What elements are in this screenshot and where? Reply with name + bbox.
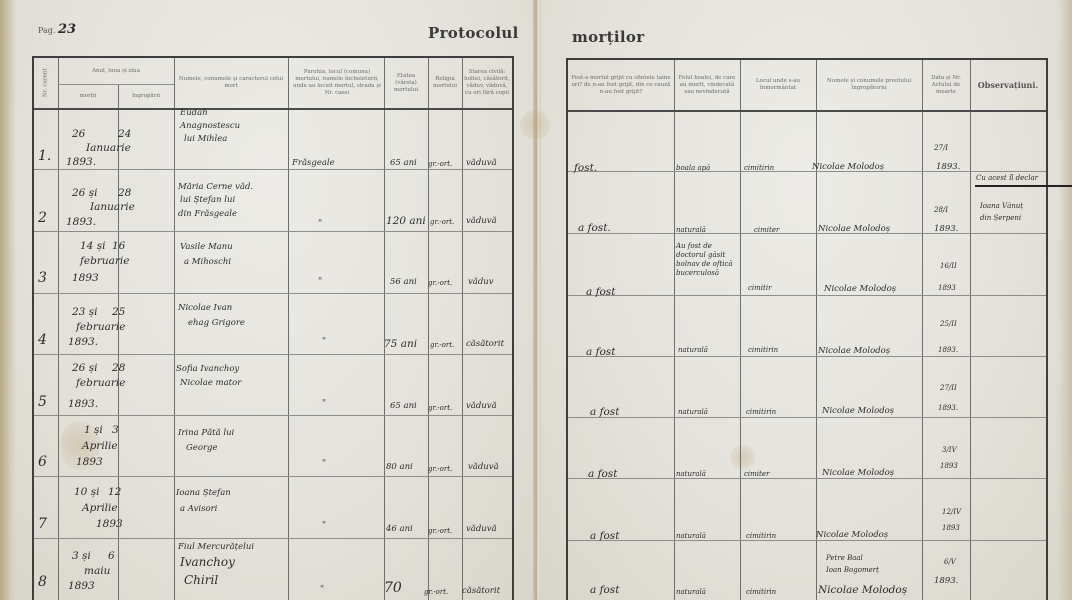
entry-burial-day: 6 bbox=[108, 550, 115, 563]
entry-sacraments: a fost bbox=[588, 468, 617, 481]
entry-act-date: 16/II bbox=[940, 262, 957, 271]
entry-year: 1893 bbox=[72, 272, 99, 285]
entry-illness: naturală bbox=[676, 470, 706, 479]
entry-religion: gr.-ort. bbox=[428, 465, 452, 474]
entry-act-year: 1893. bbox=[934, 576, 958, 587]
entry-religion: gr.-ort. bbox=[430, 218, 454, 227]
entry-sacraments: a fost bbox=[586, 286, 615, 299]
entry-parish-ditto: " bbox=[322, 398, 326, 411]
entry-priest-line: Nicolae Molodoș bbox=[818, 584, 907, 597]
entry-name-line: din Frăsgeale bbox=[178, 209, 237, 220]
entry-act-date: 27/I bbox=[934, 144, 948, 153]
entry-religion: gr.-ort. bbox=[428, 527, 452, 536]
observation-underline bbox=[975, 185, 1072, 187]
column-divider bbox=[288, 58, 289, 600]
entry-act-year: 1893 bbox=[938, 284, 956, 293]
entry-name-line: George bbox=[186, 443, 217, 454]
entry-age: 75 ani bbox=[384, 338, 417, 351]
entry-act-year: 1893. bbox=[938, 404, 958, 413]
page-number: Pag. 23 bbox=[38, 22, 76, 37]
entry-burial-day: 16 bbox=[112, 240, 125, 253]
entry-priest: Nicolae Molodoș bbox=[818, 224, 890, 235]
header-illness: Felul boalei, de care au murit, vindecat… bbox=[676, 60, 738, 110]
column-divider bbox=[428, 58, 429, 600]
entry-observation-line: Cu acest îl declar bbox=[976, 174, 1038, 183]
column-divider bbox=[970, 60, 971, 600]
entry-act-date: 28/I bbox=[934, 206, 948, 215]
header-religion: Religia mortului bbox=[430, 58, 460, 108]
entry-observation-line: Ioana Vănuț bbox=[980, 202, 1023, 211]
entry-death-day: 14 și bbox=[80, 240, 105, 253]
entry-burial-place: cimitirin bbox=[746, 532, 776, 541]
entry-burial-day: 24 bbox=[118, 128, 131, 141]
header-sacraments: Fost-a mortul grijit cu sfintele taine o… bbox=[570, 60, 672, 110]
row-divider bbox=[568, 540, 1046, 541]
entry-act-date: 25/II bbox=[940, 320, 957, 329]
entry-priest: Nicolae Molodoș bbox=[824, 284, 896, 295]
paper-stain bbox=[520, 110, 550, 140]
entry-act-year: 1893 bbox=[940, 462, 958, 471]
header-nr: Nr. curent bbox=[34, 58, 58, 108]
header-status: Starea civilă: holtei, căsătorit, văduv,… bbox=[464, 58, 510, 108]
entry-month: maiu bbox=[84, 565, 110, 578]
header-burial: îngropării bbox=[118, 84, 174, 108]
entry-nr: 5 bbox=[38, 396, 47, 409]
entry-year: 1893. bbox=[68, 398, 98, 411]
entry-status: văduvă bbox=[466, 216, 497, 227]
entry-age: 120 ani bbox=[386, 215, 426, 228]
entry-religion: gr.-ort. bbox=[430, 341, 454, 350]
register-table-right: Fost-a mortul grijit cu sfintele taine o… bbox=[566, 58, 1048, 600]
column-divider bbox=[174, 58, 175, 600]
column-divider bbox=[58, 58, 59, 600]
entry-name-line: Fiul Mercurățelui bbox=[178, 542, 254, 553]
entry-name-line: Ivanchoy bbox=[180, 556, 235, 569]
entry-age: 46 ani bbox=[386, 524, 413, 535]
book-gutter bbox=[533, 0, 541, 600]
entry-burial-place: cimitirin bbox=[746, 588, 776, 597]
entry-act-date: 12/IV bbox=[942, 508, 961, 517]
entry-status: văduvă bbox=[468, 462, 499, 473]
entry-burial-day: 25 bbox=[112, 306, 125, 319]
entry-name-line: ehag Grigore bbox=[188, 318, 245, 329]
entry-illness: naturală bbox=[678, 408, 708, 417]
row-divider bbox=[34, 538, 512, 539]
entry-priest: Nicolae Molodoș bbox=[822, 406, 894, 417]
entry-death-day: 3 și bbox=[72, 550, 91, 563]
entry-nr: 3 bbox=[38, 272, 47, 285]
entry-status: văduvă bbox=[466, 524, 497, 535]
entry-act-date: 6/V bbox=[944, 558, 956, 567]
header-burial-place: Locul unde s-au înmormântat bbox=[742, 60, 814, 110]
entry-year: 1893. bbox=[66, 216, 96, 229]
entry-month: Aprilie bbox=[82, 502, 118, 515]
entry-name-line: a Avisori bbox=[180, 504, 217, 515]
header-death: morții bbox=[58, 84, 118, 108]
entry-death-day: 26 și bbox=[72, 362, 97, 375]
entry-priest: Nicolae Molodoș bbox=[812, 162, 884, 173]
entry-act-year: 1893 bbox=[942, 524, 960, 533]
entry-burial-day: 28 bbox=[118, 187, 131, 200]
entry-priest-line: Ioan Bogomerț bbox=[826, 566, 879, 575]
header-divider bbox=[34, 108, 512, 110]
entry-burial-day: 3 bbox=[112, 424, 119, 437]
page-number-label: Pag. bbox=[38, 26, 55, 35]
entry-name-line: Sofia Ivanchoy bbox=[176, 364, 239, 375]
entry-death-day: 1 și bbox=[84, 424, 103, 437]
entry-month: Ianuarie bbox=[86, 142, 131, 155]
entry-death-day: 23 și bbox=[72, 306, 97, 319]
row-divider bbox=[34, 415, 512, 416]
entry-parish-ditto: " bbox=[322, 336, 326, 349]
entry-religion: gr.-ort. bbox=[428, 404, 452, 413]
row-divider bbox=[34, 169, 512, 170]
entry-priest-line: Petre Baal bbox=[826, 554, 863, 563]
column-divider bbox=[384, 58, 385, 600]
header-act: Data și Nr. Actului de moarte bbox=[924, 60, 968, 110]
row-divider bbox=[34, 476, 512, 477]
entry-illness: naturală bbox=[678, 346, 708, 355]
row-divider bbox=[568, 233, 1046, 234]
entry-priest: Nicolae Molodoș bbox=[816, 530, 888, 541]
entry-act-year: 1893. bbox=[936, 162, 960, 173]
entry-name-line: Ioana Ștefan bbox=[176, 488, 231, 499]
column-divider bbox=[740, 60, 741, 600]
entry-parish-ditto: " bbox=[320, 584, 324, 597]
entry-status: văduvă bbox=[466, 158, 497, 169]
entry-year: 1893 bbox=[76, 456, 103, 469]
entry-status: căsătorit bbox=[466, 339, 504, 350]
entry-parish-ditto: " bbox=[318, 276, 322, 289]
row-divider bbox=[568, 478, 1046, 479]
entry-sacraments: fost. bbox=[574, 162, 597, 175]
column-divider bbox=[674, 60, 675, 600]
row-divider bbox=[568, 295, 1046, 296]
entry-act-year: 1893. bbox=[934, 224, 958, 235]
entry-month: februarie bbox=[76, 377, 125, 390]
entry-nr: 6 bbox=[38, 456, 47, 469]
header-divider bbox=[568, 110, 1046, 112]
entry-nr: 1. bbox=[38, 150, 51, 163]
row-divider bbox=[34, 231, 512, 232]
entry-year: 1893. bbox=[66, 156, 96, 169]
header-date-group: Anul, luna și ziua bbox=[58, 58, 174, 84]
entry-religion: gr.-ort. bbox=[424, 588, 448, 597]
entry-age: 65 ani bbox=[390, 158, 417, 169]
entry-observation-line: din Șerpeni bbox=[980, 214, 1021, 223]
row-divider bbox=[34, 354, 512, 355]
header-observations: Observațiuni. bbox=[972, 60, 1044, 110]
entry-burial-day: 28 bbox=[112, 362, 125, 375]
entry-death-day: 10 și bbox=[74, 486, 99, 499]
entry-sacraments: a fost bbox=[586, 346, 615, 359]
header-name: Numele, conumele și caracterul celui mor… bbox=[178, 58, 284, 108]
entry-month: februarie bbox=[76, 321, 125, 334]
entry-status: văduvă bbox=[466, 401, 497, 412]
entry-nr: 8 bbox=[38, 576, 47, 589]
entry-age: 56 ani bbox=[390, 277, 417, 288]
entry-name-line: Irina Pătă lui bbox=[178, 428, 234, 439]
entry-burial-place: cimitirin bbox=[748, 346, 778, 355]
entry-parish: Frăsgeale bbox=[292, 158, 335, 169]
column-divider bbox=[922, 60, 923, 600]
entry-name-line: Anagnostescu bbox=[180, 121, 240, 132]
entry-sacraments: a fost bbox=[590, 530, 619, 543]
entry-burial-place: cimitirin bbox=[746, 408, 776, 417]
entry-illness: Au fost de doctorul găsit bolnav de ofti… bbox=[676, 242, 740, 278]
entry-name-line: Nicolae mator bbox=[180, 378, 241, 389]
entry-burial-place: cimitirin bbox=[744, 164, 774, 173]
entry-death-day: 26 și bbox=[72, 187, 97, 200]
entry-nr: 2 bbox=[38, 212, 47, 225]
entry-illness: naturală bbox=[676, 226, 706, 235]
header-age: Etatea (vârsta) mortului bbox=[386, 58, 426, 108]
entry-year: 1893 bbox=[96, 518, 123, 531]
entry-act-date: 27/II bbox=[940, 384, 957, 393]
row-divider bbox=[568, 417, 1046, 418]
entry-burial-day: 12 bbox=[108, 486, 121, 499]
entry-death-day: 26 bbox=[72, 128, 85, 141]
entry-parish-ditto: " bbox=[322, 520, 326, 533]
column-divider bbox=[462, 58, 463, 600]
entry-age: 80 ani bbox=[386, 462, 413, 473]
entry-month: Ianuarie bbox=[90, 201, 135, 214]
entry-illness: naturală bbox=[676, 588, 706, 597]
entry-year: 1893. bbox=[68, 336, 98, 349]
entry-name-line: Vasile Manu bbox=[180, 242, 233, 253]
entry-sacraments: a fost bbox=[590, 406, 619, 419]
entry-burial-place: cimiter bbox=[744, 470, 769, 479]
entry-name-line: lui Ștefan lui bbox=[180, 195, 235, 206]
entry-age: 65 ani bbox=[390, 401, 417, 412]
row-divider bbox=[568, 356, 1046, 357]
entry-illness: boala apă bbox=[676, 164, 710, 173]
entry-name-line: Nicolae Ivan bbox=[178, 303, 232, 314]
page-number-value: 23 bbox=[58, 22, 76, 37]
entry-parish-ditto: " bbox=[322, 458, 326, 471]
entry-act-year: 1893. bbox=[938, 346, 958, 355]
entry-illness: naturală bbox=[676, 532, 706, 541]
entry-name-line: Chiril bbox=[184, 574, 218, 587]
entry-parish-ditto: " bbox=[318, 218, 322, 231]
entry-name-line: Eudah bbox=[180, 108, 208, 119]
entry-name-line: lui Mihlea bbox=[184, 134, 227, 145]
entry-nr: 7 bbox=[38, 518, 47, 531]
header-parish: Parohia, locul (comuna) mortului, numele… bbox=[292, 58, 382, 108]
entry-burial-place: cimitir bbox=[748, 284, 771, 293]
entry-sacraments: a fost. bbox=[578, 222, 611, 235]
entry-name-line: Măria Cerne văd. bbox=[178, 182, 253, 193]
entry-religion: gr.-ort. bbox=[428, 279, 452, 288]
title-right: morților bbox=[572, 28, 644, 46]
entry-year: 1893 bbox=[68, 580, 95, 593]
title-left: Protocolul bbox=[428, 24, 519, 42]
row-divider bbox=[34, 293, 512, 294]
entry-priest: Nicolae Molodoș bbox=[818, 346, 890, 357]
entry-name-line: a Mihoschi bbox=[184, 257, 231, 268]
entry-act-date: 3/IV bbox=[942, 446, 957, 455]
header-priest: Numele și conumele preotului îngropători… bbox=[818, 60, 920, 110]
entry-month: februarie bbox=[80, 255, 129, 268]
entry-status: căsătorit bbox=[462, 586, 500, 597]
column-divider bbox=[816, 60, 817, 600]
entry-sacraments: a fost bbox=[590, 584, 619, 597]
entry-nr: 4 bbox=[38, 334, 47, 347]
entry-age: 70 bbox=[384, 582, 402, 595]
row-divider bbox=[568, 171, 1046, 172]
entry-priest: Nicolae Molodoș bbox=[822, 468, 894, 479]
entry-burial-place: cimiter bbox=[754, 226, 779, 235]
entry-status: văduv bbox=[468, 277, 494, 288]
entry-month: Aprilie bbox=[82, 440, 118, 453]
entry-religion: gr.-ort. bbox=[428, 160, 452, 169]
